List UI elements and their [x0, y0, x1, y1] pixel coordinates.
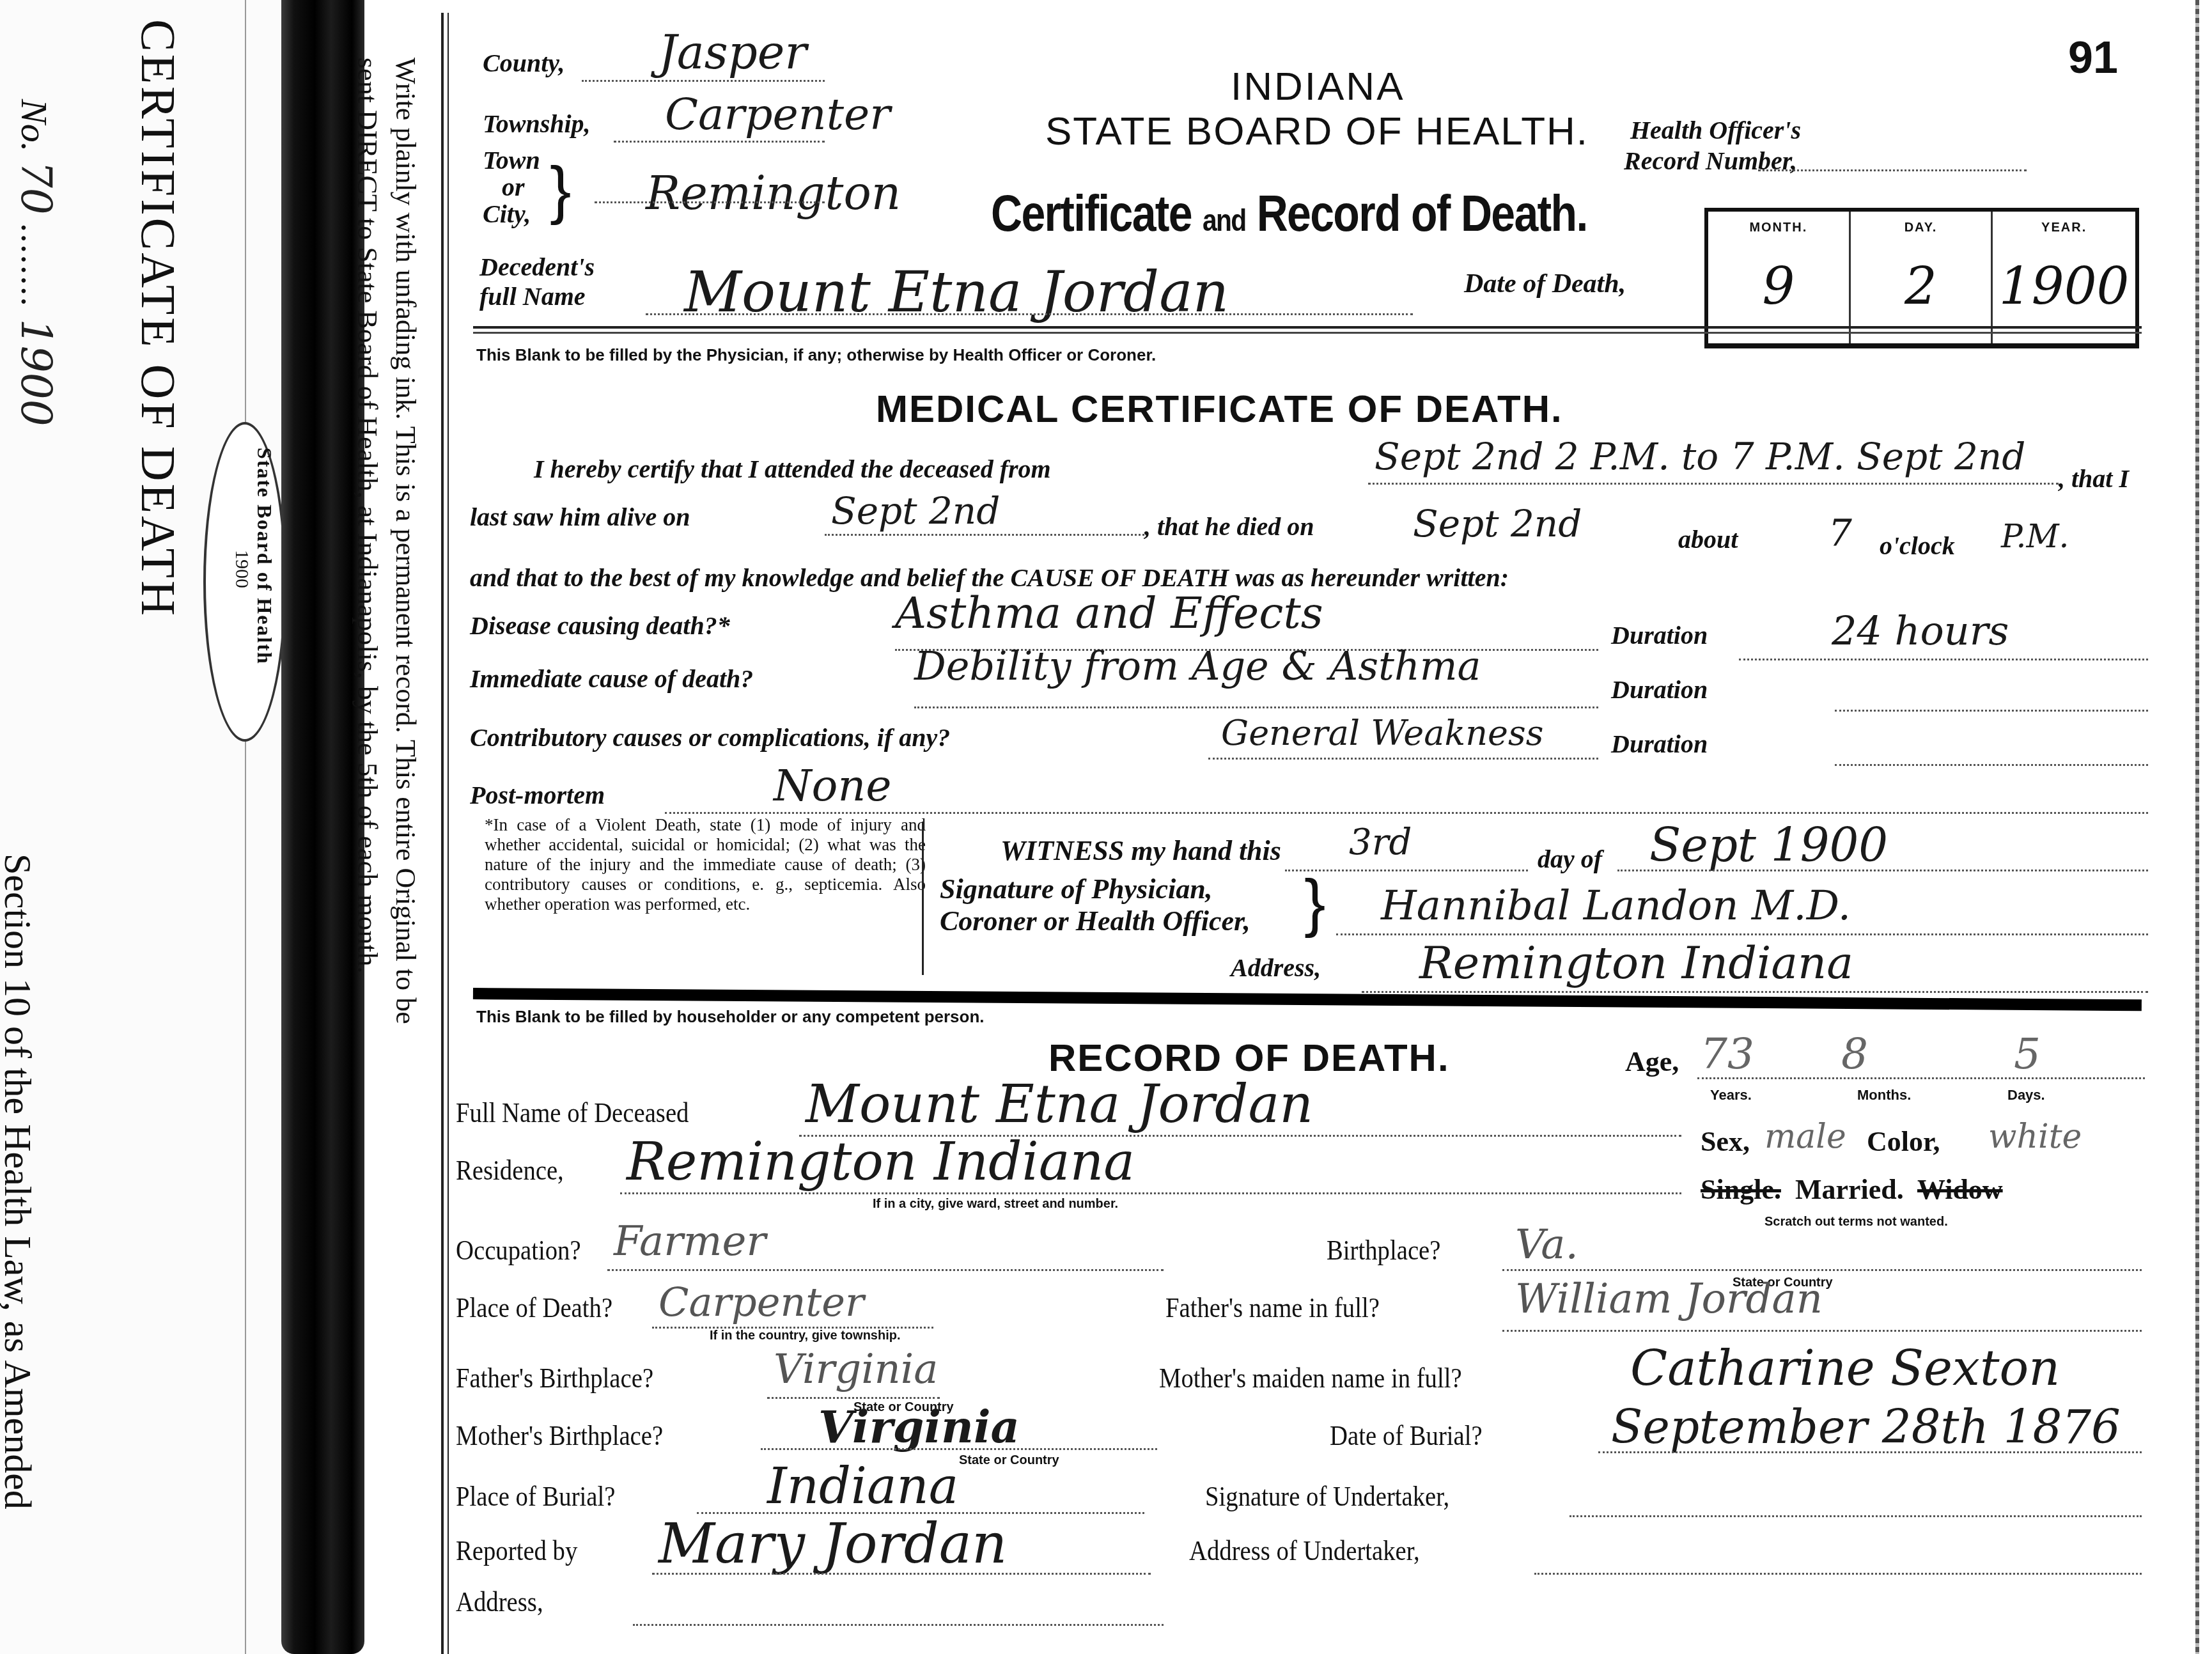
fold-line — [245, 0, 246, 1654]
death-certificate-form: 91 INDIANA STATE BOARD OF HEALTH. Certif… — [454, 13, 2180, 1650]
date-of-death-label: Date of Death, — [1464, 269, 1626, 299]
burial-date-label: Date of Burial? — [1330, 1419, 1483, 1452]
occupation-value[interactable]: Farmer — [614, 1218, 766, 1265]
immediate-duration-line[interactable] — [1835, 710, 2148, 712]
last-saw-value[interactable]: Sept 2nd — [831, 489, 1000, 533]
mother-birthplace-line — [761, 1448, 1157, 1450]
occupation-line — [607, 1269, 1164, 1271]
day-cell[interactable]: DAY. 2 — [1851, 212, 1993, 343]
violent-separator — [922, 822, 924, 975]
disease-duration-label: Duration — [1611, 620, 1708, 650]
birthplace-value[interactable]: Va. — [1515, 1221, 1578, 1268]
attended-line — [1368, 483, 2059, 485]
town-line — [595, 201, 825, 203]
medical-certificate-title: MEDICAL CERTIFICATE OF DEATH. — [876, 387, 1563, 431]
reporter-address-field[interactable] — [633, 1624, 1164, 1626]
mother-birthplace-label: Mother's Birthplace? — [456, 1419, 663, 1452]
age-label: Age, — [1625, 1045, 1679, 1078]
instruction-line-2: sent DIRECT to State Board of Health, at… — [351, 58, 384, 974]
physician-address-value[interactable]: Remington Indiana — [1419, 937, 1853, 989]
form-title: Certificate and Record of Death. — [991, 184, 1587, 243]
burial-date-line — [1598, 1451, 2142, 1453]
undertaker-address-label: Address of Undertaker, — [1189, 1534, 1420, 1567]
stub-number-value: 70 — [12, 161, 61, 215]
about-label: about — [1678, 524, 1738, 554]
health-officer-record-field[interactable] — [1758, 169, 2027, 171]
marital-married[interactable]: Married. — [1795, 1174, 1904, 1205]
sex-value[interactable]: male — [1764, 1118, 1846, 1156]
father-birthplace-value[interactable]: Virginia — [774, 1346, 938, 1393]
contributory-line — [1208, 758, 1598, 760]
physician-address-line — [1362, 991, 2148, 993]
county-value[interactable]: Jasper — [658, 26, 807, 79]
immediate-duration-label: Duration — [1611, 675, 1708, 705]
physician-address-label: Address, — [1231, 953, 1321, 983]
contributory-value[interactable]: General Weakness — [1221, 713, 1543, 753]
marital-widow[interactable]: Widow — [1917, 1174, 2003, 1205]
witness-day-value[interactable]: 3rd — [1349, 822, 1412, 863]
physician-signature-value[interactable]: Hannibal Landon M.D. — [1381, 882, 1851, 930]
age-months-value[interactable]: 8 — [1841, 1029, 1868, 1079]
year-value: 1900 — [1993, 256, 2135, 316]
town-label: Town or City, — [483, 147, 540, 228]
that-died-label: , that he died on — [1144, 511, 1314, 542]
disease-value[interactable]: Asthma and Effects — [895, 588, 1323, 639]
postmortem-label: Post-mortem — [470, 780, 605, 810]
birthplace-line — [1502, 1269, 2142, 1271]
reported-by-label: Reported by — [456, 1534, 577, 1567]
father-birthplace-label: Father's Birthplace? — [456, 1362, 653, 1394]
postmortem-value[interactable]: None — [774, 761, 891, 811]
state-title: INDIANA — [1231, 64, 1405, 109]
instruction-line-1: Write plainly with unfading ink. This is… — [389, 58, 422, 1024]
township-line — [614, 141, 825, 143]
immediate-label: Immediate cause of death? — [470, 664, 753, 694]
marital-status: Single. Married. Widow — [1701, 1173, 2003, 1206]
stub-number: No. 70 ........ 1900 — [12, 99, 61, 426]
age-years-value[interactable]: 73 — [1701, 1029, 1754, 1079]
marital-hint: Scratch out terms not wanted. — [1764, 1215, 1948, 1229]
witness-label: WITNESS my hand this — [1001, 834, 1281, 867]
township-value[interactable]: Carpenter — [665, 90, 891, 140]
residence-hint: If in a city, give ward, street and numb… — [873, 1197, 1118, 1212]
color-value[interactable]: white — [1988, 1118, 2082, 1156]
place-of-death-hint: If in the country, give township. — [710, 1329, 901, 1343]
board-title: STATE BOARD OF HEALTH. — [1045, 109, 1589, 154]
stub-title: CERTIFICATE OF DEATH — [130, 19, 185, 618]
father-birthplace-line — [767, 1397, 940, 1399]
day-value: 2 — [1851, 256, 1991, 316]
page-number: 91 — [2068, 32, 2118, 83]
mother-birthplace-value[interactable]: Virginia — [818, 1400, 1020, 1453]
health-officer-label-1: Health Officer's — [1630, 115, 1801, 145]
day-of-label: day of — [1538, 844, 1602, 874]
page-edge — [2195, 0, 2199, 1654]
age-days-value[interactable]: 5 — [2014, 1029, 2041, 1079]
immediate-line — [914, 706, 1598, 708]
town-value[interactable]: Remington — [646, 166, 901, 220]
burial-date-value[interactable]: September 28th 1876 — [1611, 1400, 2121, 1454]
birthplace-label: Birthplace? — [1327, 1234, 1440, 1267]
mother-maiden-label: Mother's maiden name in full? — [1159, 1362, 1462, 1394]
record-of-death-title: RECORD OF DEATH. — [1048, 1036, 1450, 1080]
year-cell[interactable]: YEAR. 1900 — [1993, 212, 2135, 343]
contributory-duration-line[interactable] — [1835, 764, 2148, 766]
signature-line — [1336, 933, 2148, 935]
disease-label: Disease causing death?* — [470, 611, 730, 641]
border-rule — [448, 13, 449, 1654]
decedent-line — [646, 313, 1413, 315]
section-rule — [473, 326, 2142, 334]
physician-note: This Blank to be filled by the Physician… — [476, 345, 1156, 365]
died-value[interactable]: Sept 2nd — [1413, 502, 1582, 545]
township-label: Township, — [483, 109, 591, 139]
oclock-label: o'clock — [1880, 531, 1955, 561]
border-rule — [441, 13, 444, 1654]
contributory-duration-label: Duration — [1611, 729, 1708, 759]
immediate-value[interactable]: Debility from Age & Asthma — [914, 643, 1481, 689]
violent-death-note: *In case of a Violent Death, state (1) m… — [485, 815, 926, 914]
signature-label-1: Signature of Physician, — [940, 873, 1213, 905]
signature-brace: } — [1304, 866, 1325, 940]
last-saw-label: last saw him alive on — [470, 502, 690, 532]
reporter-address-label: Address, — [456, 1586, 543, 1618]
certificate-stub: CERTIFICATE OF DEATH No. 70 ........ 190… — [0, 0, 291, 1654]
stamp-text: State Board of Health — [253, 448, 276, 665]
sex-label: Sex, — [1701, 1125, 1750, 1158]
residence-value[interactable]: Remington Indiana — [627, 1132, 1135, 1192]
contributory-label: Contributory causes or complications, if… — [470, 722, 950, 753]
month-value: 9 — [1708, 256, 1849, 316]
stub-number-label: No. — [13, 99, 55, 152]
mother-birthplace-hint: State or Country — [959, 1453, 1059, 1468]
father-name-value[interactable]: William Jordan — [1515, 1276, 1823, 1323]
residence-label: Residence, — [456, 1154, 564, 1187]
residence-line — [620, 1192, 1681, 1194]
month-cell[interactable]: MONTH. 9 — [1708, 212, 1851, 343]
father-name-line — [1502, 1330, 2142, 1332]
county-line — [582, 80, 825, 82]
ampm-value[interactable]: P.M. — [2001, 518, 2069, 555]
burial-place-label: Place of Burial? — [456, 1480, 615, 1513]
witness-month-line — [1617, 870, 2148, 871]
occupation-label: Occupation? — [456, 1234, 581, 1267]
certify-text: I hereby certify that I attended the dec… — [534, 454, 1051, 484]
county-label: County, — [483, 48, 565, 78]
place-of-death-value[interactable]: Carpenter — [658, 1279, 864, 1325]
stub-year-value: 1900 — [12, 319, 61, 426]
undertaker-signature-field[interactable] — [1569, 1515, 2142, 1517]
full-name-label: Full Name of Deceased — [456, 1096, 689, 1129]
witness-month-year-value[interactable]: Sept 1900 — [1649, 818, 1888, 872]
attended-value[interactable]: Sept 2nd 2 P.M. to 7 P.M. Sept 2nd — [1375, 435, 2025, 478]
color-label: Color, — [1867, 1125, 1940, 1158]
postmortem-line — [665, 812, 2148, 814]
mother-maiden-value[interactable]: Catharine Sexton — [1630, 1339, 2060, 1396]
undertaker-signature-label: Signature of Undertaker, — [1205, 1480, 1449, 1513]
undertaker-address-field[interactable] — [1534, 1573, 2142, 1575]
decedent-label: Decedent's full Name — [479, 253, 595, 311]
reported-by-value[interactable]: Mary Jordan — [658, 1512, 1007, 1576]
age-line — [1697, 1077, 2145, 1079]
last-saw-line — [825, 534, 1144, 536]
signature-label-2: Coroner or Health Officer, — [940, 905, 1250, 937]
section-note: Section 10 of the Health Law, as Amended — [0, 854, 40, 1510]
stamp-year: 1900 — [231, 550, 253, 588]
town-brace: } — [550, 153, 571, 227]
disease-duration-value[interactable]: 24 hours — [1832, 607, 2009, 654]
marital-single[interactable]: Single. — [1701, 1174, 1781, 1205]
burial-place-value[interactable]: Indiana — [767, 1458, 958, 1515]
householder-note: This Blank to be filled by householder o… — [476, 1007, 985, 1027]
full-name-value[interactable]: Mount Etna Jordan — [806, 1074, 1313, 1135]
father-name-label: Father's name in full? — [1165, 1291, 1380, 1324]
disease-duration-line — [1739, 659, 2148, 660]
reported-by-line — [652, 1573, 1151, 1575]
that-i-text: , that I — [2059, 464, 2129, 494]
about-value[interactable]: 7 — [1828, 511, 1852, 555]
place-of-death-label: Place of Death? — [456, 1291, 612, 1324]
